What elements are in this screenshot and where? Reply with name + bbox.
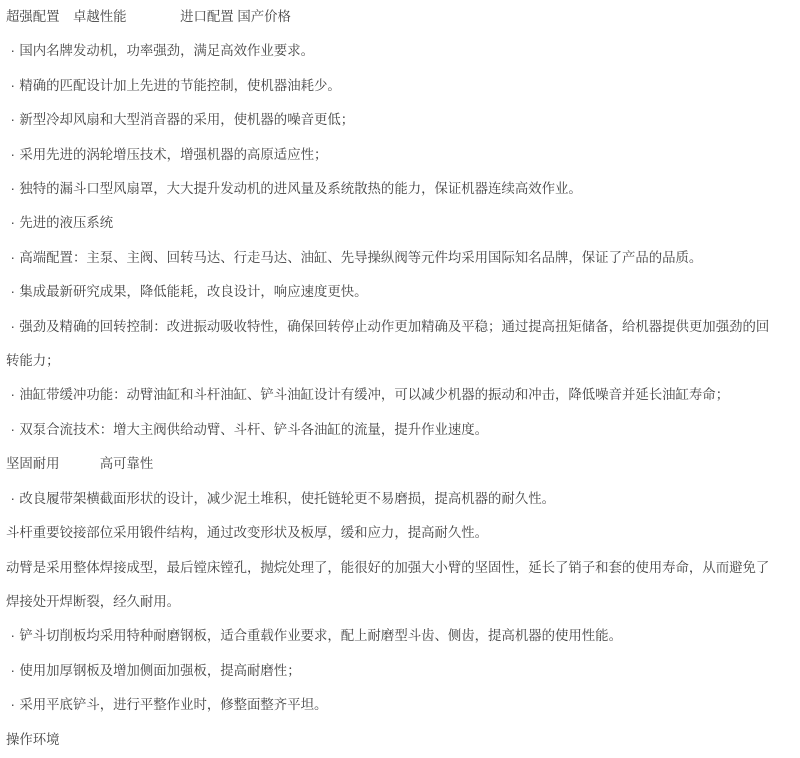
- bullet-dot-icon: ·: [6, 241, 19, 275]
- document-page: 超强配置 卓越性能 进口配置 国产价格·国内名牌发动机，功率强劲，满足高效作业要…: [0, 0, 800, 758]
- paragraph-text: 动臂是采用整体焊接成型，最后镗床镗孔，抛烷处理了，能很好的加强大小臂的坚固性，延…: [6, 560, 769, 609]
- paragraph-text: 铲斗切削板均采用特种耐磨钢板，适合重载作业要求，配上耐磨型斗齿、侧齿，提高机器的…: [19, 628, 622, 643]
- bullet-dot-icon: ·: [6, 654, 19, 688]
- bullet-dot-icon: ·: [6, 482, 19, 516]
- paragraph-text: 改良履带架横截面形状的设计，减少泥土堆积，使托链轮更不易磨损，提高机器的耐久性。: [19, 491, 555, 506]
- bullet-item: ·精确的匹配设计加上先进的节能控制，使机器油耗少。: [6, 69, 776, 103]
- bullet-item: ·双泵合流技术：增大主阀供给动臂、斗杆、铲斗各油缸的流量，提升作业速度。: [6, 413, 776, 447]
- paragraph-text: 国内名牌发动机，功率强劲，满足高效作业要求。: [19, 43, 314, 58]
- paragraph-text: 使用加厚钢板及增加侧面加强板，提高耐磨性；: [19, 663, 300, 678]
- paragraph: 动臂是采用整体焊接成型，最后镗床镗孔，抛烷处理了，能很好的加强大小臂的坚固性，延…: [6, 551, 776, 620]
- paragraph-text: 采用平底铲斗，进行平整作业时，修整面整齐平坦。: [19, 697, 327, 712]
- bullet-item: ·使用加厚钢板及增加侧面加强板，提高耐磨性；: [6, 654, 776, 688]
- bullet-item: ·改良履带架横截面形状的设计，减少泥土堆积，使托链轮更不易磨损，提高机器的耐久性…: [6, 482, 776, 516]
- paragraph-text: 斗杆重要铰接部位采用锻件结构，通过改变形状及板厚，缓和应力，提高耐久性。: [6, 525, 488, 540]
- bullet-dot-icon: ·: [6, 275, 19, 309]
- bullet-item: ·油缸带缓冲功能：动臂油缸和斗杆油缸、铲斗油缸设计有缓冲，可以减少机器的振动和冲…: [6, 378, 776, 412]
- bullet-dot-icon: ·: [6, 172, 19, 206]
- bullet-item: ·采用平底铲斗，进行平整作业时，修整面整齐平坦。: [6, 688, 776, 722]
- paragraph-text: 操作环境: [6, 732, 60, 747]
- paragraph-text: 强劲及精确的回转控制：改进振动吸收特性，确保回转停止动作更加精确及平稳；通过提高…: [6, 319, 769, 368]
- bullet-item: ·集成最新研究成果，降低能耗，改良设计，响应速度更快。: [6, 275, 776, 309]
- paragraph: 斗杆重要铰接部位采用锻件结构，通过改变形状及板厚，缓和应力，提高耐久性。: [6, 516, 776, 550]
- section-heading: 操作环境: [6, 723, 776, 757]
- paragraph-text: 新型冷却风扇和大型消音器的采用，使机器的噪音更低；: [19, 112, 354, 127]
- bullet-dot-icon: ·: [6, 310, 19, 344]
- bullet-dot-icon: ·: [6, 206, 19, 240]
- bullet-dot-icon: ·: [6, 138, 19, 172]
- bullet-item: ·采用先进的涡轮增压技术，增强机器的高原适应性；: [6, 138, 776, 172]
- bullet-dot-icon: ·: [6, 378, 19, 412]
- paragraph-text: 先进的液压系统: [19, 215, 113, 230]
- bullet-item: ·先进的液压系统: [6, 206, 776, 240]
- bullet-dot-icon: ·: [6, 413, 19, 447]
- bullet-dot-icon: ·: [6, 69, 19, 103]
- bullet-item: ·国内名牌发动机，功率强劲，满足高效作业要求。: [6, 34, 776, 68]
- paragraph-text: 双泵合流技术：增大主阀供给动臂、斗杆、铲斗各油缸的流量，提升作业速度。: [19, 422, 488, 437]
- paragraph-text: 超强配置 卓越性能 进口配置 国产价格: [6, 9, 291, 24]
- bullet-item: ·高端配置：主泵、主阀、回转马达、行走马达、油缸、先导操纵阀等元件均采用国际知名…: [6, 241, 776, 275]
- paragraph-text: 坚固耐用 高可靠性: [6, 456, 153, 471]
- bullet-item: ·铲斗切削板均采用特种耐磨钢板，适合重载作业要求，配上耐磨型斗齿、侧齿，提高机器…: [6, 619, 776, 653]
- paragraph-text: 集成最新研究成果，降低能耗，改良设计，响应速度更快。: [19, 284, 367, 299]
- paragraph-text: 油缸带缓冲功能：动臂油缸和斗杆油缸、铲斗油缸设计有缓冲，可以减少机器的振动和冲击…: [19, 387, 729, 402]
- paragraph-text: 精确的匹配设计加上先进的节能控制，使机器油耗少。: [19, 78, 340, 93]
- paragraph-text: 独特的漏斗口型风扇罩，大大提升发动机的进风量及系统散热的能力，保证机器连续高效作…: [19, 181, 581, 196]
- bullet-dot-icon: ·: [6, 34, 19, 68]
- paragraph-text: 高端配置：主泵、主阀、回转马达、行走马达、油缸、先导操纵阀等元件均采用国际知名品…: [19, 250, 702, 265]
- bullet-item: ·强劲及精确的回转控制：改进振动吸收特性，确保回转停止动作更加精确及平稳；通过提…: [6, 310, 776, 379]
- bullet-item: ·独特的漏斗口型风扇罩，大大提升发动机的进风量及系统散热的能力，保证机器连续高效…: [6, 172, 776, 206]
- section-heading: 坚固耐用 高可靠性: [6, 447, 776, 481]
- bullet-dot-icon: ·: [6, 688, 19, 722]
- document-content: 超强配置 卓越性能 进口配置 国产价格·国内名牌发动机，功率强劲，满足高效作业要…: [0, 0, 776, 757]
- bullet-dot-icon: ·: [6, 103, 19, 137]
- bullet-dot-icon: ·: [6, 619, 19, 653]
- bullet-item: ·新型冷却风扇和大型消音器的采用，使机器的噪音更低；: [6, 103, 776, 137]
- paragraph-text: 采用先进的涡轮增压技术，增强机器的高原适应性；: [19, 147, 327, 162]
- section-heading: 超强配置 卓越性能 进口配置 国产价格: [6, 0, 776, 34]
